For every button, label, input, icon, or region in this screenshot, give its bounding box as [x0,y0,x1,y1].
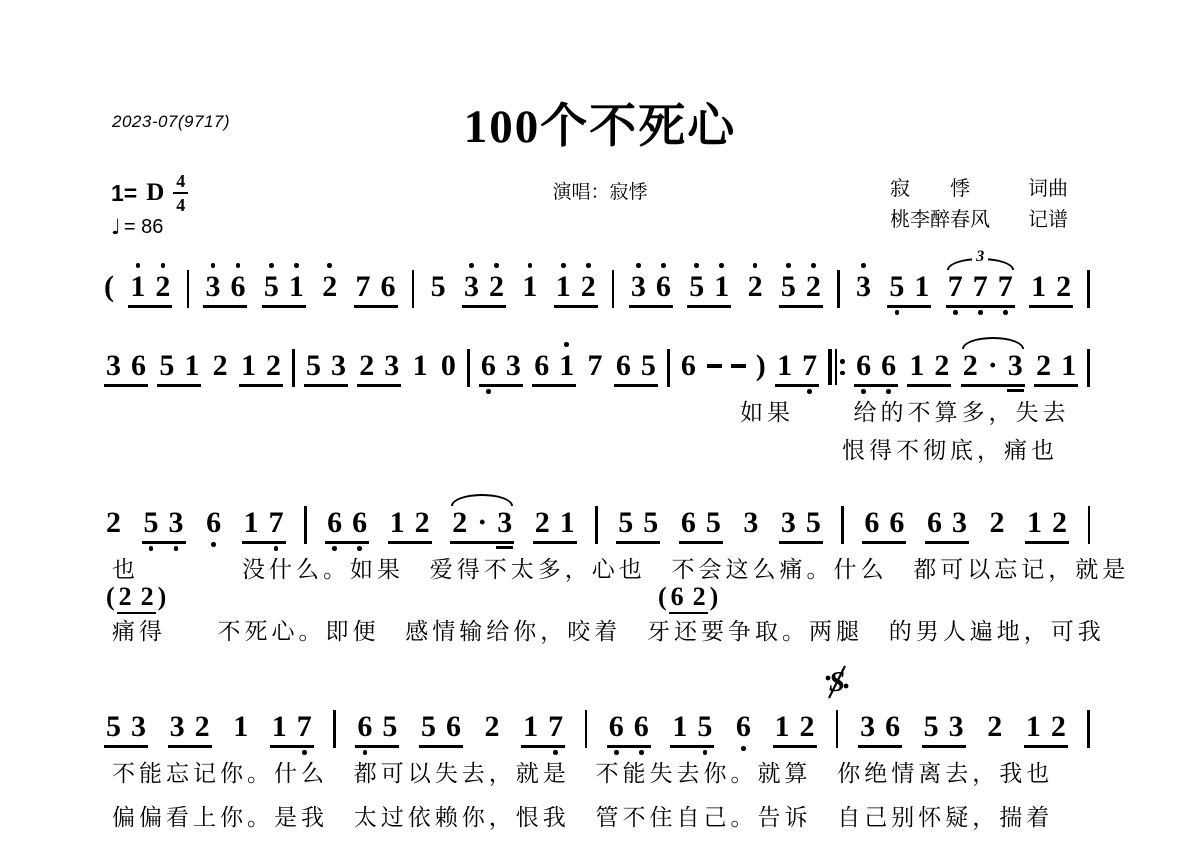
note-digit: 6 [446,710,461,743]
beam-group: 36 [858,712,902,748]
tempo-mark: ♩ = 86 [111,215,163,239]
credit-row-transcriber: 桃李醉春风 记谱 [890,205,1068,236]
note-digit: 1 [184,349,199,382]
credit-row-composer: 寂 悸 词曲 [890,174,1068,205]
note-digit: 3 [781,506,796,539]
note-digit: 7 [973,270,988,303]
lyric-verse2-pickup: 恨得不彻底，痛也 [842,437,1058,465]
note: 1 [413,351,428,381]
note-digit: 2 [806,270,821,303]
note-digit: 6 [881,349,896,382]
note-digit: 2 [1051,710,1066,743]
composer-role: 词曲 [1028,174,1068,205]
barline [187,272,189,312]
note-digit: 5 [697,710,712,743]
note-digit: 2 [213,349,228,382]
beam-group: 76 [354,272,398,308]
note: 5 [806,508,821,538]
octave-dot-above [294,263,299,268]
repeat-begin-sign [828,349,844,385]
beam-group: 23 [357,351,401,387]
barline-stroke [1087,710,1089,748]
note-digit: 1 [914,270,929,303]
octave-dot-below [332,546,337,551]
octave-dot-above [753,263,758,268]
beam-group: 15 [670,712,714,748]
note-digit: 1 [714,270,729,303]
note: 2 [266,351,281,381]
note: 2 [1052,508,1067,538]
octave-dot-below [978,310,983,315]
backing-notes-1: (22) [106,584,166,614]
note-digit: · [988,349,998,382]
note: 5 [618,508,633,538]
note-digit: 5 [421,710,436,743]
barline-stroke [1087,270,1089,308]
transcriber-name: 桃李醉春风 [890,205,1008,236]
note: 7 [948,272,963,302]
note-digit: 1 [672,710,687,743]
time-signature: 4 4 [173,172,188,214]
note-digit: 5 [106,710,121,743]
barline [412,272,414,312]
octave-dot-above [694,263,699,268]
octave-dot-above [586,263,591,268]
beam-group: 32 [462,272,506,308]
note: 3 [1008,351,1023,381]
beam-group: 63 [479,351,523,387]
note: 6 [881,351,896,381]
octave-dot-above [636,263,641,268]
note: 6 [681,508,696,538]
note-digit: 5 [781,270,796,303]
note: 3 [131,712,146,742]
barline-stroke [836,710,838,748]
note: 7 [802,351,817,381]
beam-group: 12 [128,272,172,308]
note-digit: 2 [485,710,500,743]
note-group: 2 [483,712,502,742]
note: 5 [431,272,446,302]
note: 1 [714,272,729,302]
note-digit: 7 [269,506,284,539]
note-digit: 6 [381,270,396,303]
octave-dot-below [553,750,558,755]
note-digit: 3 [856,270,871,303]
note: 1 [184,351,199,381]
note: 1 [560,508,575,538]
score-line-1: (1236512765321123651252351777312 [104,272,1090,318]
beam-group: 17 [521,712,565,748]
note: 5 [924,712,939,742]
note-digit: 5 [618,506,633,539]
note: 3 [952,508,967,538]
note: 1 [241,351,256,381]
barline-stroke [412,270,414,308]
barline: S [836,712,838,752]
note-digit: 6 [206,506,221,539]
note: 6 [352,508,367,538]
barline [1088,508,1090,548]
octave-dot-below [274,546,279,551]
note-digit: 3 [631,270,646,303]
barline [585,712,587,752]
note-digit: 2 [119,582,132,611]
note: 1 [523,712,538,742]
note-digit: 6 [534,349,549,382]
note-digit: 7 [356,270,371,303]
note: 7 [548,712,563,742]
note-digit: 6 [609,710,624,743]
note: 2 [415,508,430,538]
note-digit: 1 [1027,506,1042,539]
barline [292,351,294,391]
note-digit: 1 [1031,270,1046,303]
note-digit: 7 [802,349,817,382]
barline [837,272,839,312]
note-digit: 2 [1056,270,1071,303]
note-digit: 3 [384,349,399,382]
note-digit: 5 [924,710,939,743]
note: 6 [671,584,684,610]
barline-stroke [595,506,597,544]
note: 7 [588,351,603,381]
note: 6 [206,508,221,538]
score-line-3: 25361766122·32155653356663212 [104,508,1090,554]
quarter-note-icon: ♩ [111,215,121,239]
note: · [477,508,487,538]
lyric-row-1: 也 没什么。如果 爱得不太多，心也 不会这么痛。什么 都可以忘记，就是 [112,556,1129,584]
beam-group: 12 [1025,508,1069,544]
beam-group: 66 [607,712,651,748]
note-digit: 6 [230,270,245,303]
note: 1 [390,508,405,538]
note: 6 [856,351,871,381]
barline [304,508,306,548]
beam-group: 51 [262,272,306,308]
repeat-thin-bar [835,349,837,385]
note: 6 [609,712,624,742]
note-digit: 6 [681,349,696,382]
backing-notes-2: (62) [658,584,718,614]
note-group: 2 [211,351,230,381]
note: 7 [297,712,312,742]
note-digit: 2 [359,349,374,382]
octave-dot-above [861,263,866,268]
note-group: 5 [429,272,448,302]
beam-group: 35 [779,508,823,544]
note-digit: 2 [266,349,281,382]
note: 2 [1051,712,1066,742]
note: 6 [230,272,245,302]
note-digit: 6 [656,270,671,303]
meter-denominator: 4 [176,194,185,214]
note: 1 [233,712,248,742]
note-digit: 2 [415,506,430,539]
octave-dot-above [561,263,566,268]
note-digit: 5 [689,270,704,303]
note-digit: 2 [963,349,978,382]
beam-group: 12 [1024,712,1068,748]
note: 6 [534,351,549,381]
note-digit: 6 [357,710,372,743]
note-group: 6 [679,351,698,381]
lyric-row-4: 偏偏看上你。是我 太过依赖你，恨我 管不住自己。告诉 自己别怀疑，揣着 [112,804,1053,832]
note-digit: 6 [927,506,942,539]
note-digit: 6 [671,582,684,611]
key-tonic: D [146,179,164,207]
note-digit: 6 [327,506,342,539]
note: 3 [205,272,220,302]
note: 5 [689,272,704,302]
note-digit: 5 [264,270,279,303]
note: · [988,351,998,381]
note: 1 [777,351,792,381]
note-digit: 3 [169,506,184,539]
note: 6 [927,508,942,538]
repeat-dot [840,371,845,376]
note: 1 [1061,351,1076,381]
beam-group: 12 [388,508,432,544]
note: 3 [860,712,875,742]
note-digit: 1 [775,710,790,743]
note: 6 [616,351,631,381]
note: 6 [357,712,372,742]
tuplet-number: 3 [972,248,988,266]
note: 5 [144,508,159,538]
barline [595,508,597,548]
note-digit: 6 [352,506,367,539]
note: 1 [522,272,537,302]
note: 2 [806,272,821,302]
note: 1 [1031,272,1046,302]
note: 2 [693,584,706,610]
sixteenth-underline [1007,389,1024,392]
note-digit: 3 [506,349,521,382]
note-digit: 7 [588,349,603,382]
octave-dot-below [363,750,368,755]
note-digit: 2 [106,506,121,539]
note: 2 [963,351,978,381]
repeat-dot [840,359,845,364]
repeat-thick-bar [828,349,832,385]
note-digit: 3 [205,270,220,303]
beam-group: 21 [533,508,577,544]
note: 3 [497,508,512,538]
note-digit: 2 [987,710,1002,743]
beam-group: 56 [419,712,463,748]
note-digit: 1 [289,270,304,303]
barline [333,712,335,752]
note-group: 6 [204,508,223,538]
beam-group: 53 [922,712,966,748]
note-digit: 6 [856,349,871,382]
note-digit: 1 [522,270,537,303]
note-digit: 6 [481,349,496,382]
note: 1 [672,712,687,742]
note: 1 [914,272,929,302]
note-digit: 1 [559,349,574,382]
note-digit: 1 [244,506,259,539]
barline-stroke [837,270,839,308]
note: 6 [656,272,671,302]
note: 7 [356,272,371,302]
beam-group: 65 [614,351,658,387]
note: 6 [131,351,146,381]
beam-group: 61 [532,351,576,387]
note: 3 [781,508,796,538]
beam-group: 66 [854,351,898,387]
note-digit: 3 [331,349,346,382]
note-digit: 0 [441,349,456,382]
note-digit: 1 [523,710,538,743]
note: 2 [581,272,596,302]
note: 6 [681,351,696,381]
barline-stroke [612,270,614,308]
segno-icon: S [824,664,850,700]
note: 5 [421,712,436,742]
note-digit: 6 [736,710,751,743]
beam-group: 17 [775,351,819,387]
note-digit: 1 [413,349,428,382]
octave-dot-above [469,263,474,268]
transcriber-role: 记谱 [1028,205,1068,236]
note-digit: · [477,506,487,539]
octave-dot-below [149,546,154,551]
beam-group: 12 [1029,272,1073,308]
octave-dot-below [807,389,812,394]
note-digit: 1 [909,349,924,382]
note: 2 [1056,272,1071,302]
note: 6 [381,272,396,302]
note-group: 2 [985,712,1004,742]
note: 5 [106,712,121,742]
octave-dot-above [211,263,216,268]
note-digit: 2 [748,270,763,303]
repeat-dots [840,349,845,385]
note: 2 [535,508,550,538]
barline-stroke [333,710,335,748]
barline [467,351,469,391]
note-digit: 7 [948,270,963,303]
note-digit: 7 [297,710,312,743]
note: 2 [489,272,504,302]
note: 5 [264,272,279,302]
text-symbol: ) [756,351,766,381]
note-digit: 2 [141,582,154,611]
octave-dot-above [236,263,241,268]
note-digit: 6 [634,710,649,743]
note: 2 [1036,351,1051,381]
barline-stroke [1087,349,1089,387]
beam-group: 66 [325,508,369,544]
beam-group: 17 [242,508,286,544]
barline-stroke [667,349,669,387]
beam-group: 2·3 [961,351,1025,387]
note: 1 [289,272,304,302]
note-digit: 5 [806,506,821,539]
note-digit: 1 [241,349,256,382]
note-digit: 2 [934,349,949,382]
octave-dot-above [161,263,166,268]
note: 5 [159,351,174,381]
tie-arc [451,494,513,506]
note-digit: 5 [159,349,174,382]
note: 1 [244,508,259,538]
octave-dot-below [486,389,491,394]
beam-group: 66 [862,508,906,544]
song-title: 100个不死心 [0,102,1200,154]
note: 0 [441,351,456,381]
note-digit: 2 [489,270,504,303]
credits-block: 寂 悸 词曲 桃李醉春风 记谱 [890,174,1068,236]
barline [612,272,614,312]
note-digit: 6 [864,506,879,539]
note: 2 [452,508,467,538]
note: 2 [359,351,374,381]
note: 5 [697,712,712,742]
octave-dot-above [269,263,274,268]
barline-stroke [304,506,306,544]
note: 1 [559,351,574,381]
note-digit: 2 [800,710,815,743]
tempo-value: = 86 [124,216,163,239]
octave-dot-above [327,263,332,268]
beam-group: 12 [907,351,951,387]
beam-group: 52 [779,272,823,308]
barline-stroke [1088,506,1090,544]
key-prefix: 1= [111,180,137,207]
note: 6 [327,508,342,538]
note: 2 [155,272,170,302]
text-symbol: ( [658,584,667,610]
note-digit: 5 [706,506,721,539]
beam-group: 53 [304,351,348,387]
note-digit: 1 [560,506,575,539]
note-digit: 3 [949,710,964,743]
note-digit: 1 [777,349,792,382]
note: 5 [306,351,321,381]
note: 7 [998,272,1013,302]
note: 3 [743,508,758,538]
note-digit: 2 [1036,349,1051,382]
beam-group: 51 [887,272,931,308]
octave-dot-above [661,263,666,268]
note-digit: 1 [556,270,571,303]
beam-group: 36 [203,272,247,308]
note-group: 2 [104,508,123,538]
text-symbol: ) [158,584,167,610]
octave-dot-below [703,750,708,755]
note: 2 [106,508,121,538]
note: 1 [556,272,571,302]
note: 2 [989,508,1004,538]
note-digit: 3 [952,506,967,539]
note-digit: 2 [452,506,467,539]
note-digit: 2 [195,710,210,743]
note-digit: 6 [616,349,631,382]
note: 6 [889,508,904,538]
barline-stroke [467,349,469,387]
octave-dot-above [719,263,724,268]
note: 3 [331,351,346,381]
barline-stroke [841,506,843,544]
note: 3 [856,272,871,302]
note: 7 [269,508,284,538]
note: 2 [748,272,763,302]
note-group: 3 [741,508,760,538]
note-digit: 2 [535,506,550,539]
